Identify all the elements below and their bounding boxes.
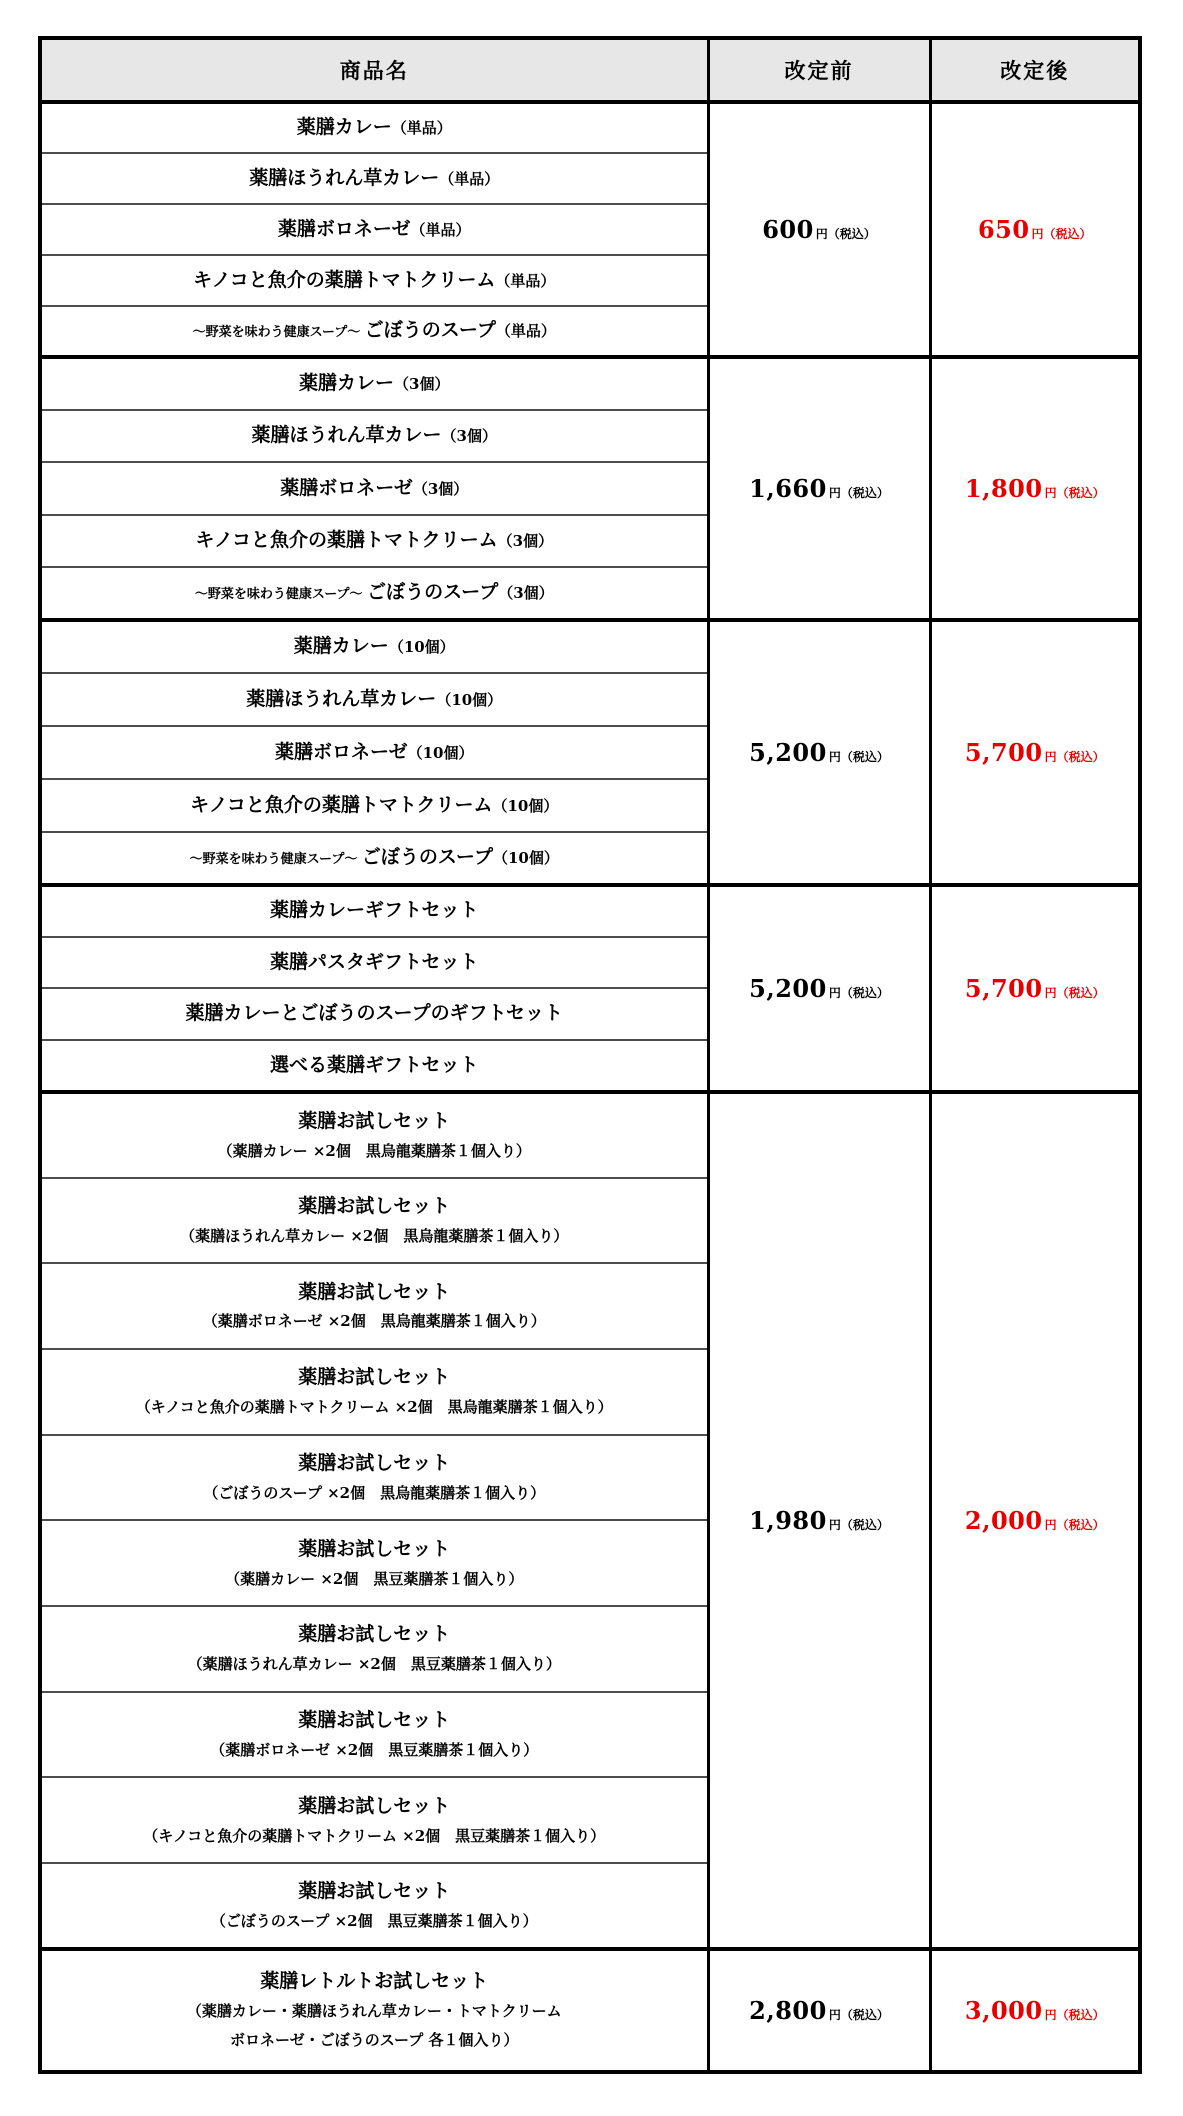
product-title: 薬膳ほうれん草カレー（10個） (48, 688, 701, 712)
product-cell: 薬膳お試しセット（キノコと魚介の薬膳トマトクリーム ×2個 黒豆薬膳茶１個入り） (40, 1777, 708, 1863)
product-title: キノコと魚介の薬膳トマトクリーム（10個） (48, 794, 701, 818)
product-name: ごぼうのスープ (362, 846, 493, 868)
product-title: 薬膳ボロネーゼ（3個） (48, 477, 701, 501)
product-name: 薬膳ほうれん草カレー (249, 167, 439, 189)
price-amount: 3,000 (965, 1996, 1043, 2025)
product-title: 選べる薬膳ギフトセット (48, 1054, 701, 1078)
product-name: キノコと魚介の薬膳トマトクリーム (193, 269, 495, 291)
product-suffix: （単品） (495, 272, 555, 290)
product-name: 薬膳お試しセット (298, 1281, 450, 1303)
price-unit: 円（税込） (829, 1518, 889, 1532)
product-cell: 薬膳お試しセット（薬膳ほうれん草カレー ×2個 黒烏龍薬膳茶１個入り） (40, 1178, 708, 1264)
price-amount: 1,660 (749, 474, 827, 503)
product-name: 薬膳お試しセット (298, 1880, 450, 1902)
product-title: 薬膳パスタギフトセット (48, 951, 701, 975)
product-contents-line: （薬膳ボロネーゼ ×2個 黒烏龍薬膳茶１個入り） (48, 1311, 701, 1331)
price-amount: 2,000 (965, 1506, 1043, 1535)
product-title: 薬膳ほうれん草カレー（単品） (48, 167, 701, 191)
product-prefix: ～野菜を味わう健康スープ～ (195, 587, 367, 602)
product-contents-line: （ごぼうのスープ ×2個 黒豆薬膳茶１個入り） (48, 1911, 701, 1931)
product-title: 薬膳お試しセット (48, 1623, 701, 1647)
product-title: 薬膳ほうれん草カレー（3個） (48, 424, 701, 448)
product-name: 薬膳カレーギフトセット (270, 899, 478, 921)
product-name: ごぼうのスープ (367, 581, 498, 603)
product-suffix: （単品） (411, 221, 471, 239)
product-cell: 薬膳お試しセット（ごぼうのスープ ×2個 黒豆薬膳茶１個入り） (40, 1863, 708, 1949)
product-title: ～野菜を味わう健康スープ～ ごぼうのスープ（3個） (48, 581, 701, 605)
product-title: 薬膳レトルトお試しセット (48, 1970, 701, 1994)
product-cell: キノコと魚介の薬膳トマトクリーム（10個） (40, 779, 708, 832)
product-contents-line: （薬膳ほうれん草カレー ×2個 黒豆薬膳茶１個入り） (48, 1654, 701, 1674)
header-row: 商品名 改定前 改定後 (40, 38, 1140, 102)
price-amount: 5,700 (965, 738, 1043, 767)
product-name: 薬膳ボロネーゼ (280, 477, 413, 499)
product-contents-line: （キノコと魚介の薬膳トマトクリーム ×2個 黒烏龍薬膳茶１個入り） (48, 1397, 701, 1417)
price-section: 薬膳レトルトお試しセット（薬膳カレー・薬膳ほうれん草カレー・トマトクリームボロネ… (40, 1949, 1140, 2072)
price-section: 薬膳カレーギフトセット5,200円（税込）5,700円（税込）薬膳パスタギフトセ… (40, 885, 1140, 1092)
product-contents-line: ボロネーゼ・ごぼうのスープ 各１個入り） (48, 2030, 701, 2050)
table-row: 薬膳カレー（10個）5,200円（税込）5,700円（税込） (40, 620, 1140, 673)
price-after-cell: 2,000円（税込） (930, 1092, 1140, 1949)
product-title: 薬膳お試しセット (48, 1195, 701, 1219)
price-amount: 5,200 (749, 738, 827, 767)
product-suffix: （10個） (436, 691, 502, 709)
product-cell: 薬膳ほうれん草カレー（10個） (40, 673, 708, 726)
product-suffix: （単品） (439, 170, 499, 188)
product-cell: 薬膳カレー（単品） (40, 102, 708, 153)
product-cell: 薬膳お試しセット（薬膳ボロネーゼ ×2個 黒豆薬膳茶１個入り） (40, 1692, 708, 1778)
product-contents-line: （キノコと魚介の薬膳トマトクリーム ×2個 黒豆薬膳茶１個入り） (48, 1826, 701, 1846)
product-contents-line: （薬膳ほうれん草カレー ×2個 黒烏龍薬膳茶１個入り） (48, 1226, 701, 1246)
product-cell: 薬膳カレー（3個） (40, 357, 708, 410)
price-unit: 円（税込） (1045, 750, 1105, 764)
header-product-name: 商品名 (40, 38, 708, 102)
header-price-after: 改定後 (930, 38, 1140, 102)
product-cell: 薬膳お試しセット（キノコと魚介の薬膳トマトクリーム ×2個 黒烏龍薬膳茶１個入り… (40, 1349, 708, 1435)
price-amount: 600 (762, 215, 814, 244)
table-row: 薬膳カレー（3個）1,660円（税込）1,800円（税込） (40, 357, 1140, 410)
price-unit: 円（税込） (829, 750, 889, 764)
product-name: 薬膳カレー (294, 635, 389, 657)
table-row: 薬膳お試しセット（薬膳カレー ×2個 黒烏龍薬膳茶１個入り）1,980円（税込）… (40, 1092, 1140, 1178)
product-name: 薬膳ほうれん草カレー (252, 424, 442, 446)
product-prefix: ～野菜を味わう健康スープ～ (193, 325, 365, 340)
table-row: 薬膳カレー（単品）600円（税込）650円（税込） (40, 102, 1140, 153)
product-title: ～野菜を味わう健康スープ～ ごぼうのスープ（10個） (48, 846, 701, 870)
product-cell: ～野菜を味わう健康スープ～ ごぼうのスープ（3個） (40, 567, 708, 620)
product-cell: 薬膳ほうれん草カレー（3個） (40, 410, 708, 463)
product-name: 薬膳ボロネーゼ (275, 741, 408, 763)
product-suffix: （10個） (493, 849, 559, 867)
price-unit: 円（税込） (1045, 1518, 1105, 1532)
product-cell: 薬膳カレーとごぼうのスープのギフトセット (40, 988, 708, 1040)
table-row: 薬膳レトルトお試しセット（薬膳カレー・薬膳ほうれん草カレー・トマトクリームボロネ… (40, 1949, 1140, 2072)
product-title: キノコと魚介の薬膳トマトクリーム（単品） (48, 269, 701, 293)
product-name: 薬膳カレー (299, 372, 394, 394)
product-title: 薬膳カレーとごぼうのスープのギフトセット (48, 1002, 701, 1026)
product-name: 薬膳お試しセット (298, 1452, 450, 1474)
product-name: 薬膳お試しセット (298, 1795, 450, 1817)
product-contents-line: （薬膳カレー・薬膳ほうれん草カレー・トマトクリーム (48, 2001, 701, 2021)
product-title: 薬膳お試しセット (48, 1880, 701, 1904)
product-name: キノコと魚介の薬膳トマトクリーム (195, 529, 497, 551)
table-row: 薬膳カレーギフトセット5,200円（税込）5,700円（税込） (40, 885, 1140, 937)
product-title: 薬膳お試しセット (48, 1110, 701, 1134)
product-title: 薬膳ボロネーゼ（10個） (48, 741, 701, 765)
product-prefix: ～野菜を味わう健康スープ～ (190, 852, 362, 867)
product-cell: 薬膳ボロネーゼ（10個） (40, 726, 708, 779)
price-section: 薬膳お試しセット（薬膳カレー ×2個 黒烏龍薬膳茶１個入り）1,980円（税込）… (40, 1092, 1140, 1949)
product-name: 薬膳お試しセット (298, 1110, 450, 1132)
product-title: 薬膳カレー（3個） (48, 372, 701, 396)
price-unit: 円（税込） (1045, 2008, 1105, 2022)
product-contents-line: （薬膳カレー ×2個 黒豆薬膳茶１個入り） (48, 1569, 701, 1589)
product-name: キノコと魚介の薬膳トマトクリーム (190, 794, 492, 816)
price-amount: 5,200 (749, 974, 827, 1003)
product-suffix: （単品） (496, 322, 556, 340)
product-cell: 薬膳カレーギフトセット (40, 885, 708, 937)
product-cell: 薬膳お試しセット（薬膳ほうれん草カレー ×2個 黒豆薬膳茶１個入り） (40, 1606, 708, 1692)
product-cell: 薬膳お試しセット（ごぼうのスープ ×2個 黒烏龍薬膳茶１個入り） (40, 1435, 708, 1521)
product-title: 薬膳お試しセット (48, 1795, 701, 1819)
product-title: キノコと魚介の薬膳トマトクリーム（3個） (48, 529, 701, 553)
price-before-cell: 1,980円（税込） (708, 1092, 930, 1949)
table-header: 商品名 改定前 改定後 (40, 38, 1140, 102)
price-unit: 円（税込） (1045, 486, 1105, 500)
product-contents-line: （ごぼうのスープ ×2個 黒烏龍薬膳茶１個入り） (48, 1483, 701, 1503)
price-table: 商品名 改定前 改定後 薬膳カレー（単品）600円（税込）650円（税込）薬膳ほ… (38, 36, 1142, 2074)
price-after-cell: 650円（税込） (930, 102, 1140, 357)
product-cell: 選べる薬膳ギフトセット (40, 1040, 708, 1092)
price-before-cell: 2,800円（税込） (708, 1949, 930, 2072)
product-name: 薬膳ボロネーゼ (278, 218, 411, 240)
price-after-cell: 5,700円（税込） (930, 620, 1140, 885)
product-name: 薬膳お試しセット (298, 1366, 450, 1388)
product-suffix: （10個） (492, 797, 558, 815)
price-unit: 円（税込） (1032, 227, 1092, 241)
product-contents-line: （薬膳ボロネーゼ ×2個 黒豆薬膳茶１個入り） (48, 1740, 701, 1760)
price-before-cell: 5,200円（税込） (708, 885, 930, 1092)
product-cell: ～野菜を味わう健康スープ～ ごぼうのスープ（単品） (40, 306, 708, 357)
product-title: 薬膳お試しセット (48, 1452, 701, 1476)
product-cell: 薬膳パスタギフトセット (40, 937, 708, 989)
product-cell: 薬膳お試しセット（薬膳カレー ×2個 黒烏龍薬膳茶１個入り） (40, 1092, 708, 1178)
product-name: 薬膳お試しセット (298, 1538, 450, 1560)
product-name: 薬膳お試しセット (298, 1623, 450, 1645)
product-name: 薬膳お試しセット (298, 1195, 450, 1217)
product-cell: 薬膳ボロネーゼ（3個） (40, 462, 708, 515)
price-section: 薬膳カレー（10個）5,200円（税込）5,700円（税込）薬膳ほうれん草カレー… (40, 620, 1140, 885)
product-name: 薬膳パスタギフトセット (270, 951, 478, 973)
product-suffix: （10個） (408, 744, 474, 762)
price-amount: 5,700 (965, 974, 1043, 1003)
product-title: 薬膳カレー（単品） (48, 116, 701, 140)
product-name: ごぼうのスープ (365, 319, 496, 341)
product-name: 薬膳ほうれん草カレー (246, 688, 436, 710)
product-name: 薬膳お試しセット (298, 1709, 450, 1731)
price-amount: 1,980 (749, 1506, 827, 1535)
product-suffix: （3個） (413, 480, 468, 498)
product-title: 薬膳お試しセット (48, 1281, 701, 1305)
price-amount: 650 (978, 215, 1030, 244)
price-amount: 2,800 (749, 1996, 827, 2025)
product-name: 薬膳カレーとごぼうのスープのギフトセット (185, 1002, 563, 1024)
product-suffix: （3個） (498, 584, 553, 602)
price-after-cell: 3,000円（税込） (930, 1949, 1140, 2072)
product-cell: キノコと魚介の薬膳トマトクリーム（単品） (40, 255, 708, 306)
product-cell: 薬膳お試しセット（薬膳カレー ×2個 黒豆薬膳茶１個入り） (40, 1520, 708, 1606)
product-cell: 薬膳ほうれん草カレー（単品） (40, 153, 708, 204)
product-suffix: （3個） (498, 532, 553, 550)
header-price-before: 改定前 (708, 38, 930, 102)
price-unit: 円（税込） (829, 486, 889, 500)
price-after-cell: 5,700円（税込） (930, 885, 1140, 1092)
price-unit: 円（税込） (816, 227, 876, 241)
product-title: 薬膳カレーギフトセット (48, 899, 701, 923)
price-before-cell: 5,200円（税込） (708, 620, 930, 885)
product-suffix: （単品） (392, 119, 452, 137)
price-unit: 円（税込） (829, 2008, 889, 2022)
price-before-cell: 600円（税込） (708, 102, 930, 357)
price-revision-page: 商品名 改定前 改定後 薬膳カレー（単品）600円（税込）650円（税込）薬膳ほ… (0, 0, 1183, 2116)
product-title: 薬膳お試しセット (48, 1709, 701, 1733)
product-cell: 薬膳ボロネーゼ（単品） (40, 204, 708, 255)
product-name: 薬膳レトルトお試しセット (260, 1970, 488, 1992)
price-unit: 円（税込） (1045, 986, 1105, 1000)
product-suffix: （10個） (389, 638, 455, 656)
product-cell: 薬膳レトルトお試しセット（薬膳カレー・薬膳ほうれん草カレー・トマトクリームボロネ… (40, 1949, 708, 2072)
product-name: 選べる薬膳ギフトセット (270, 1054, 478, 1076)
product-cell: 薬膳カレー（10個） (40, 620, 708, 673)
price-section: 薬膳カレー（3個）1,660円（税込）1,800円（税込）薬膳ほうれん草カレー（… (40, 357, 1140, 620)
product-title: 薬膳ボロネーゼ（単品） (48, 218, 701, 242)
price-after-cell: 1,800円（税込） (930, 357, 1140, 620)
product-suffix: （3個） (394, 375, 449, 393)
product-name: 薬膳カレー (297, 116, 392, 138)
product-contents-line: （薬膳カレー ×2個 黒烏龍薬膳茶１個入り） (48, 1141, 701, 1161)
product-title: 薬膳カレー（10個） (48, 635, 701, 659)
price-before-cell: 1,660円（税込） (708, 357, 930, 620)
product-cell: 薬膳お試しセット（薬膳ボロネーゼ ×2個 黒烏龍薬膳茶１個入り） (40, 1263, 708, 1349)
product-cell: ～野菜を味わう健康スープ～ ごぼうのスープ（10個） (40, 832, 708, 885)
price-amount: 1,800 (965, 474, 1043, 503)
price-section: 薬膳カレー（単品）600円（税込）650円（税込）薬膳ほうれん草カレー（単品）薬… (40, 102, 1140, 357)
product-cell: キノコと魚介の薬膳トマトクリーム（3個） (40, 515, 708, 568)
product-title: ～野菜を味わう健康スープ～ ごぼうのスープ（単品） (48, 319, 701, 343)
product-suffix: （3個） (442, 427, 497, 445)
price-unit: 円（税込） (829, 986, 889, 1000)
product-title: 薬膳お試しセット (48, 1366, 701, 1390)
product-title: 薬膳お試しセット (48, 1538, 701, 1562)
